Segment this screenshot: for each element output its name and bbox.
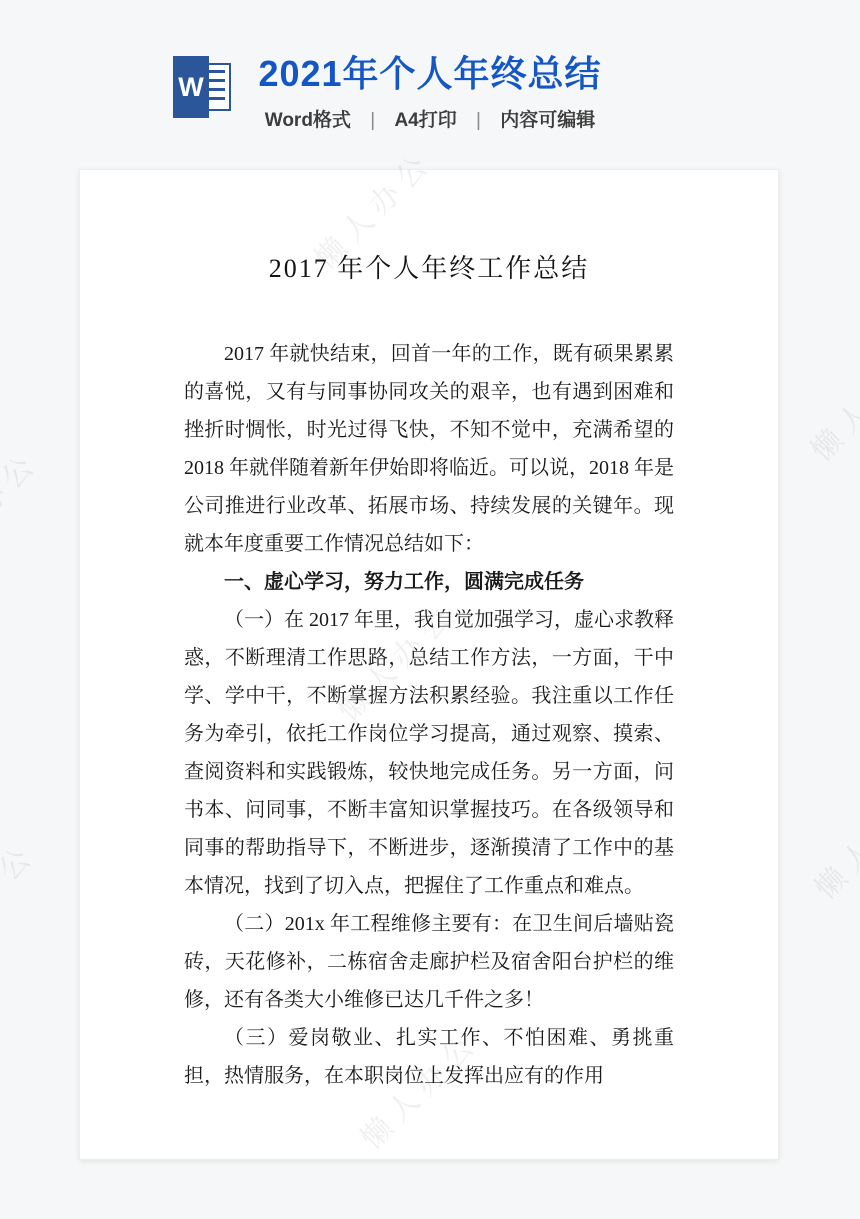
- doc-meta-row: Word格式 | A4打印 | 内容可编辑: [0, 105, 860, 132]
- meta-editable: 内容可编辑: [500, 110, 595, 131]
- meta-a4-print: A4打印: [394, 110, 456, 131]
- page-title: 2021年个人年终总结: [0, 54, 860, 94]
- meta-separator: |: [370, 110, 375, 131]
- paragraph-intro: 2017 年就快结束，回首一年的工作，既有硕果累累的喜悦，又有与同事协同攻关的艰…: [184, 335, 674, 563]
- watermark-text: 懒人办公: [0, 831, 44, 970]
- document-body: 2017 年就快结束，回首一年的工作，既有硕果累累的喜悦，又有与同事协同攻关的艰…: [184, 335, 674, 1095]
- paragraph-item-3: （三）爱岗敬业、扎实工作、不怕困难、勇挑重担，热情服务，在本职岗位上发挥出应有的…: [184, 1019, 674, 1095]
- paragraph-item-2: （二）201x 年工程维修主要有：在卫生间后墙贴瓷砖，天花修补，二栋宿舍走廊护栏…: [184, 905, 674, 1019]
- watermark-text: 懒人办公: [799, 331, 860, 470]
- header-text-block: 2021年个人年终总结 Word格式 | A4打印 | 内容可编辑: [0, 54, 860, 132]
- section-heading-1: 一、虚心学习，努力工作，圆满完成任务: [184, 563, 674, 601]
- watermark-text: 懒人办公: [0, 439, 47, 578]
- paragraph-item-1: （一）在 2017 年里，我自觉加强学习，虚心求教释惑，不断理清工作思路，总结工…: [184, 601, 674, 905]
- watermark-text: 懒人办公: [803, 769, 860, 908]
- document-page-preview: 2017 年个人年终工作总结 2017 年就快结束，回首一年的工作，既有硕果累累…: [79, 169, 779, 1160]
- meta-separator: |: [476, 110, 481, 131]
- header: W 2021年个人年终总结 Word格式 | A4打印 | 内容可编辑: [0, 0, 860, 170]
- document-title: 2017 年个人年终工作总结: [184, 248, 674, 285]
- meta-word-format: Word格式: [265, 110, 351, 131]
